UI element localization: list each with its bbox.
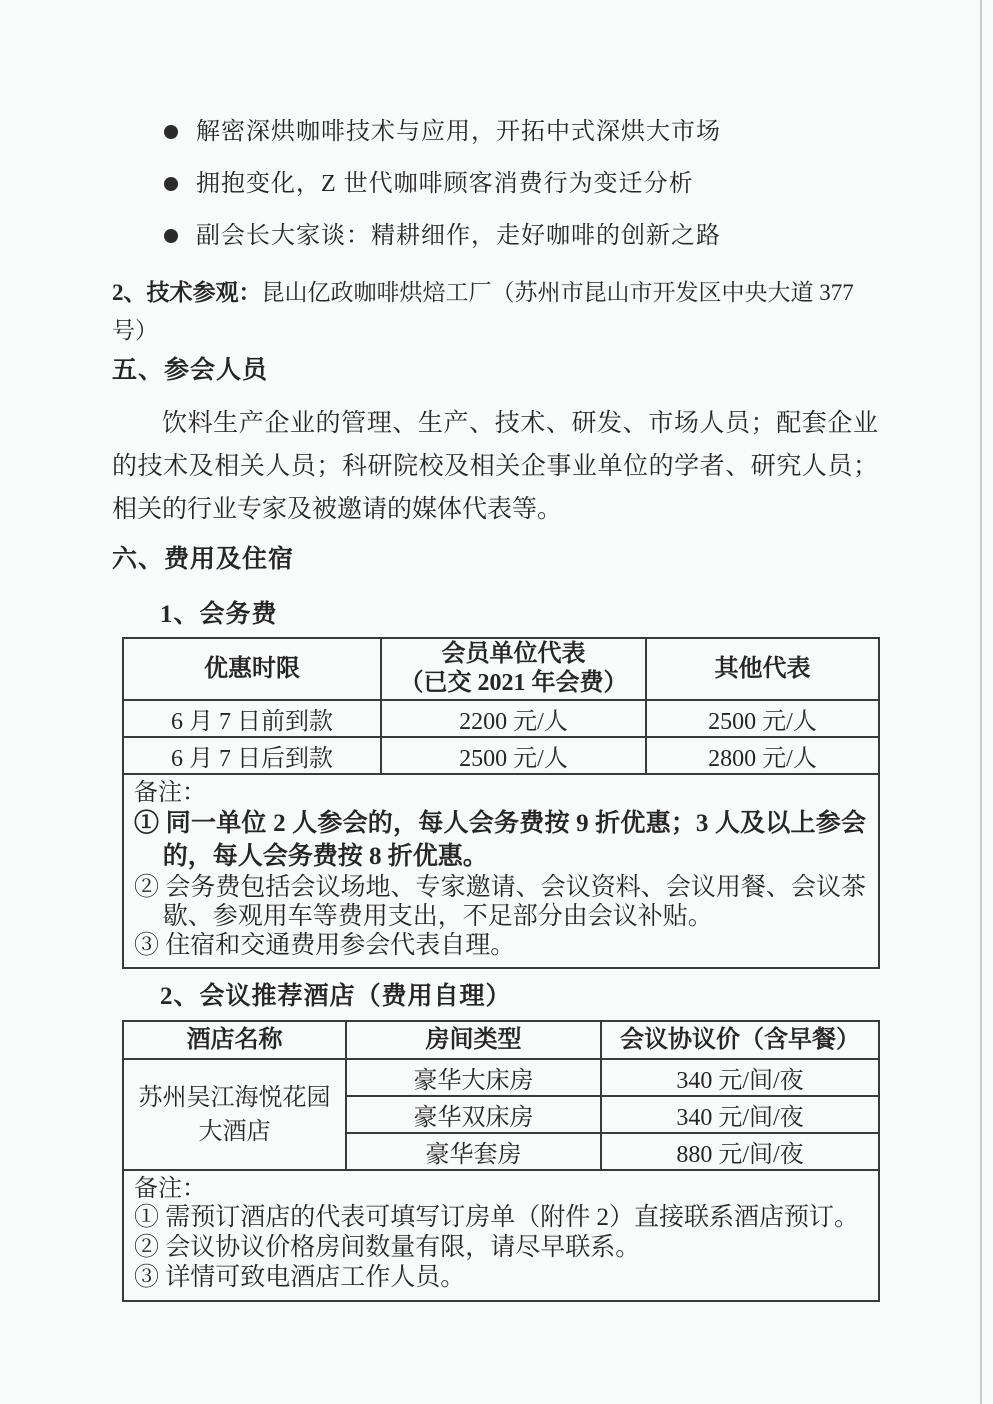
column-header-deadline: 优惠时限 <box>123 638 381 700</box>
hotel-note-limited: ② 会议协议价格房间数量有限，请尽早联系。 <box>134 1233 866 1263</box>
column-header-member-line1: 会员单位代表 <box>442 641 586 667</box>
other-price-cell: 2500 元/人 <box>646 700 879 737</box>
room-price-cell: 340 元/间/夜 <box>601 1059 879 1096</box>
bullet-icon <box>164 229 178 243</box>
fee-note-discount: ① 同一单位 2 人参会的，每人会务费按 9 折优惠；3 人及以上参会的，每人会… <box>134 807 866 873</box>
member-price-cell: 2200 元/人 <box>381 700 646 737</box>
recommended-hotel-table: 酒店名称 房间类型 会议协议价（含早餐） 苏州吴江海悦花园大酒店 豪华大床房 3… <box>122 1020 880 1302</box>
table-row: 6 月 7 日前到款 2200 元/人 2500 元/人 <box>123 700 879 737</box>
bullet-icon <box>164 125 178 139</box>
fee-note-self-pay: ③ 住宿和交通费用参会代表自理。 <box>134 931 866 960</box>
technical-visit-label: 2、技术参观： <box>112 280 262 305</box>
fee-notes-cell: 备注： ① 同一单位 2 人参会的，每人会务费按 9 折优惠；3 人及以上参会的… <box>123 774 879 968</box>
other-price-cell: 2800 元/人 <box>646 737 879 774</box>
member-price-cell: 2500 元/人 <box>381 737 646 774</box>
list-item: 副会长大家谈：精耕细作，走好咖啡的创新之路 <box>112 222 878 250</box>
list-item: 拥抱变化，Z 世代咖啡顾客消费行为变迁分析 <box>112 170 878 198</box>
list-item: 解密深烘咖啡技术与应用，开拓中式深烘大市场 <box>112 118 878 146</box>
hotel-name-cell: 苏州吴江海悦花园大酒店 <box>123 1059 346 1170</box>
room-type-cell: 豪华大床房 <box>346 1059 601 1096</box>
table-notes-row: 备注： ① 需预订酒店的代表可填写订房单（附件 2）直接联系酒店预订。 ② 会议… <box>123 1170 879 1301</box>
table-header-row: 酒店名称 房间类型 会议协议价（含早餐） <box>123 1021 879 1059</box>
table-row: 6 月 7 日后到款 2500 元/人 2800 元/人 <box>123 737 879 774</box>
technical-visit-text-line2: 号） <box>112 318 158 343</box>
conference-fee-table: 优惠时限 会员单位代表（已交 2021 年会费） 其他代表 6 月 7 日前到款… <box>122 637 880 969</box>
table-notes-row: 备注： ① 同一单位 2 人参会的，每人会务费按 9 折优惠；3 人及以上参会的… <box>123 774 879 968</box>
hotel-note-booking: ① 需预订酒店的代表可填写订房单（附件 2）直接联系酒店预订。 <box>134 1203 866 1233</box>
deadline-cell: 6 月 7 日前到款 <box>123 700 381 737</box>
participants-paragraph: 饮料生产企业的管理、生产、技术、研发、市场人员；配套企业的技术及相关人员；科研院… <box>112 402 878 531</box>
subsection-title-conference-fee: 1、会务费 <box>112 601 878 629</box>
column-header-price: 会议协议价（含早餐） <box>601 1021 879 1059</box>
technical-visit-paragraph: 2、技术参观：昆山亿政咖啡烘焙工厂（苏州市昆山市开发区中央大道 377号） <box>112 274 878 350</box>
column-header-hotel-name: 酒店名称 <box>123 1021 346 1059</box>
column-header-room-type: 房间类型 <box>346 1021 601 1059</box>
table-header-row: 优惠时限 会员单位代表（已交 2021 年会费） 其他代表 <box>123 638 879 700</box>
agenda-bullet-list: 解密深烘咖啡技术与应用，开拓中式深烘大市场 拥抱变化，Z 世代咖啡顾客消费行为变… <box>112 118 878 250</box>
hotel-note-contact: ③ 详情可致电酒店工作人员。 <box>134 1263 866 1293</box>
bullet-text: 拥抱变化，Z 世代咖啡顾客消费行为变迁分析 <box>196 170 694 198</box>
column-header-member: 会员单位代表（已交 2021 年会费） <box>381 638 646 700</box>
deadline-cell: 6 月 7 日后到款 <box>123 737 381 774</box>
bullet-icon <box>164 177 178 191</box>
column-header-other: 其他代表 <box>646 638 879 700</box>
bullet-text: 副会长大家谈：精耕细作，走好咖啡的创新之路 <box>196 222 721 250</box>
room-type-cell: 豪华套房 <box>346 1133 601 1170</box>
fee-note-includes: ② 会务费包括会议场地、专家邀请、会议资料、会议用餐、会议茶歇、参观用车等费用支… <box>134 873 866 931</box>
scanned-document-page: 解密深烘咖啡技术与应用，开拓中式深烘大市场 拥抱变化，Z 世代咖啡顾客消费行为变… <box>0 0 993 1404</box>
table-row: 苏州吴江海悦花园大酒店 豪华大床房 340 元/间/夜 <box>123 1059 879 1096</box>
subsection-title-hotel: 2、会议推荐酒店（费用自理） <box>112 983 878 1011</box>
bullet-text: 解密深烘咖啡技术与应用，开拓中式深烘大市场 <box>196 118 721 146</box>
hotel-notes-cell: 备注： ① 需预订酒店的代表可填写订房单（附件 2）直接联系酒店预订。 ② 会议… <box>123 1170 879 1301</box>
notes-label: 备注： <box>134 1176 866 1203</box>
column-header-member-line2: （已交 2021 年会费） <box>400 670 628 696</box>
room-price-cell: 880 元/间/夜 <box>601 1133 879 1170</box>
section-title-fees: 六、费用及住宿 <box>112 545 878 575</box>
technical-visit-text-line1: 昆山亿政咖啡烘焙工厂（苏州市昆山市开发区中央大道 377 <box>262 280 854 305</box>
scan-edge-line <box>980 0 982 1404</box>
document-content: 解密深烘咖啡技术与应用，开拓中式深烘大市场 拥抱变化，Z 世代咖啡顾客消费行为变… <box>112 0 878 1302</box>
section-title-participants: 五、参会人员 <box>112 356 878 386</box>
room-type-cell: 豪华双床房 <box>346 1096 601 1133</box>
room-price-cell: 340 元/间/夜 <box>601 1096 879 1133</box>
notes-label: 备注： <box>134 780 866 807</box>
